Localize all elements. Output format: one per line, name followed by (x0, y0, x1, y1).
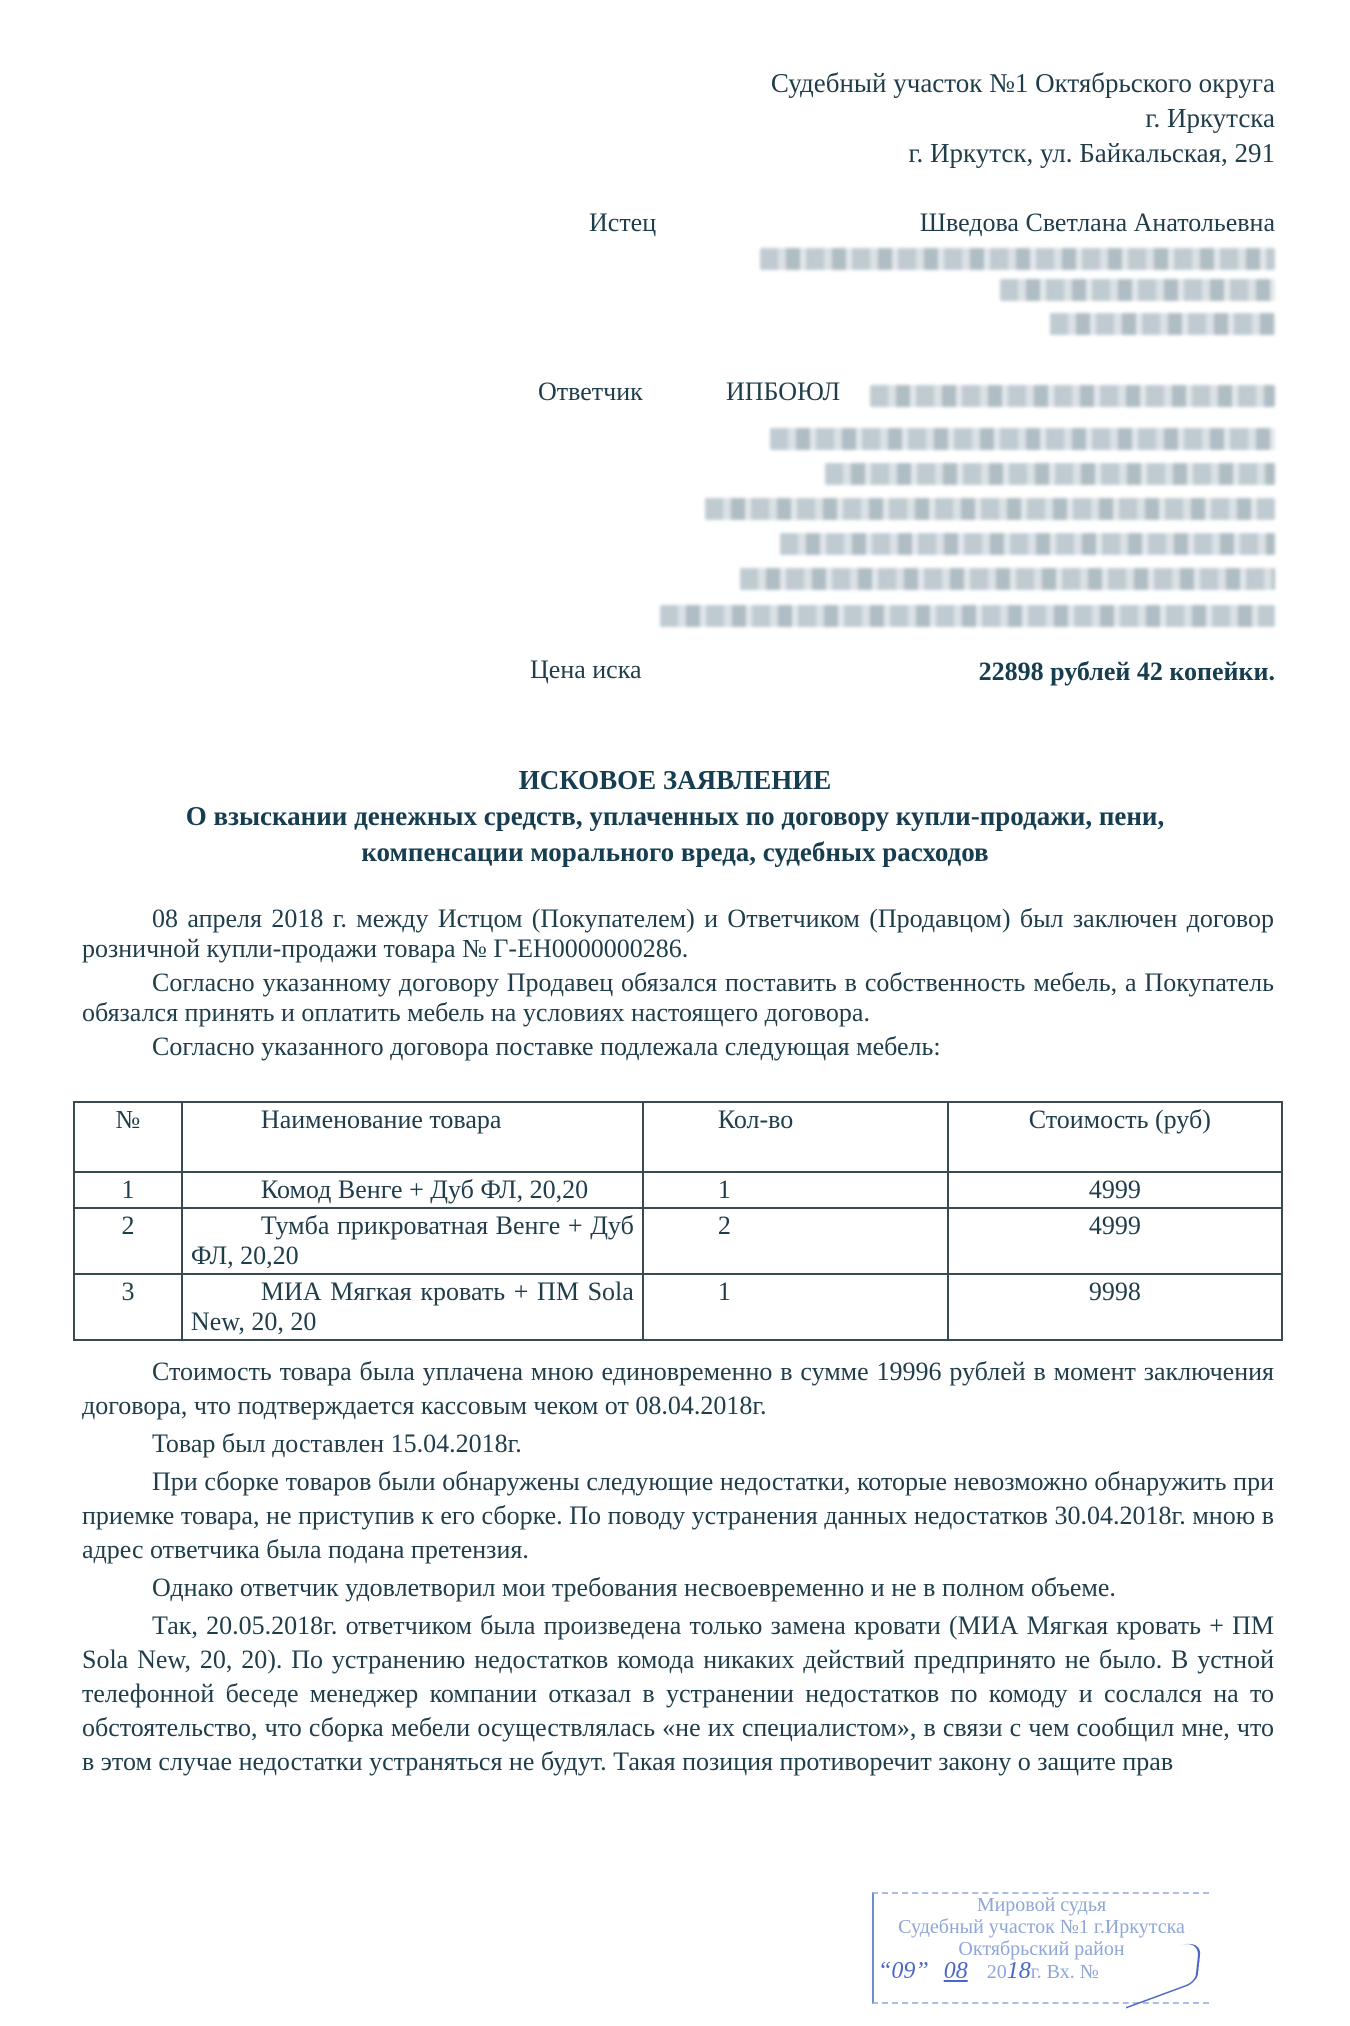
row-name: Комод Венге + Дуб ФЛ, 20,20 (182, 1172, 643, 1208)
table-header-row: № Наименование товара Кол-во Стоимость (… (74, 1102, 1282, 1172)
row-name: Тумба прикроватная Венге + Дуб ФЛ, 20,20 (182, 1208, 643, 1274)
stamp-day: “09” (878, 1958, 929, 1984)
redacted-defendant-line-3 (825, 463, 1275, 485)
redacted-defendant-line-5 (780, 533, 1275, 555)
goods-table: № Наименование товара Кол-во Стоимость (… (73, 1101, 1283, 1341)
redacted-plaintiff-phone (1050, 313, 1275, 335)
stamp-month: 08 (944, 1958, 968, 1984)
claim-price-label: Цена иска (530, 655, 642, 685)
claim-price-value: 22898 рублей 42 копейки. (979, 657, 1275, 687)
paragraph-obligations: Согласно указанному договору Продавец об… (82, 968, 1274, 1028)
stamp-year-hand: 18 (1007, 1958, 1031, 1984)
row-qty: 2 (643, 1208, 948, 1274)
row-num: 2 (74, 1208, 182, 1274)
header-cost: Стоимость (руб) (948, 1102, 1282, 1172)
row-cost: 4999 (948, 1208, 1282, 1274)
redacted-defendant-line-2 (770, 428, 1275, 450)
redacted-defendant-line-4 (705, 498, 1275, 520)
paragraph-furniture-list-intro: Согласно указанного договора поставке по… (82, 1032, 1274, 1062)
table-row: 3 МИА Мягкая кровать + ПМ Sola New, 20, … (74, 1274, 1282, 1340)
court-line-2: г. Иркутска (771, 101, 1275, 136)
row-name: МИА Мягкая кровать + ПМ Sola New, 20, 20 (182, 1274, 643, 1340)
row-num: 3 (74, 1274, 182, 1340)
redacted-defendant-name (870, 385, 1275, 407)
table-row: 1 Комод Венге + Дуб ФЛ, 20,20 1 4999 (74, 1172, 1282, 1208)
paragraph-payment: Стоимость товара была уплачена мною един… (82, 1355, 1274, 1423)
row-cost: 9998 (948, 1274, 1282, 1340)
court-line-3: г. Иркутск, ул. Байкальская, 291 (771, 136, 1275, 171)
row-qty: 1 (643, 1274, 948, 1340)
row-num: 1 (74, 1172, 182, 1208)
row-cost: 4999 (948, 1172, 1282, 1208)
plaintiff-label: Истец (589, 208, 656, 238)
stamp-year-prefix: 20 (987, 1961, 1007, 1983)
paragraph-defects: При сборке товаров были обнаружены следу… (82, 1465, 1274, 1567)
header-name: Наименование товара (182, 1102, 643, 1172)
redacted-plaintiff-contact (1000, 279, 1275, 301)
document-subtitle-line-1: О взыскании денежных средств, уплаченных… (75, 798, 1275, 834)
defendant-label: Ответчик (538, 377, 643, 407)
court-receipt-stamp: Мировой судья Судебный участок №1 г.Ирку… (872, 1892, 1209, 2004)
stamp-incoming-label: г. Вх. № (1031, 1961, 1099, 1983)
redacted-defendant-line-7 (660, 605, 1275, 627)
document-subtitle-line-2: компенсации морального вреда, судебных р… (75, 834, 1275, 870)
defendant-prefix: ИПБОЮЛ (726, 377, 840, 407)
document-page: Судебный участок №1 Октябрьского округа … (0, 0, 1350, 2026)
body-paragraphs: Стоимость товара была уплачена мною един… (82, 1355, 1274, 1783)
paragraph-details: Так, 20.05.2018г. ответчиком была произв… (82, 1609, 1274, 1779)
redacted-plaintiff-address (760, 248, 1275, 270)
header-qty: Кол-во (643, 1102, 948, 1172)
table-row: 2 Тумба прикроватная Венге + Дуб ФЛ, 20,… (74, 1208, 1282, 1274)
document-title: ИСКОВОЕ ЗАЯВЛЕНИЕ (75, 762, 1275, 798)
court-address: Судебный участок №1 Октябрьского округа … (771, 66, 1275, 171)
stamp-line-1: Мировой судья (874, 1894, 1209, 1916)
paragraph-delivery: Товар был доставлен 15.04.2018г. (82, 1427, 1274, 1461)
paragraph-contract: 08 апреля 2018 г. между Истцом (Покупате… (82, 904, 1274, 964)
stamp-line-2: Судебный участок №1 г.Иркутска (874, 1916, 1209, 1938)
document-title-block: ИСКОВОЕ ЗАЯВЛЕНИЕ О взыскании денежных с… (75, 762, 1275, 870)
intro-paragraphs: 08 апреля 2018 г. между Истцом (Покупате… (82, 904, 1274, 1062)
paragraph-response: Однако ответчик удовлетворил мои требова… (82, 1571, 1274, 1605)
redacted-defendant-line-6 (740, 568, 1275, 590)
court-line-1: Судебный участок №1 Октябрьского округа (771, 66, 1275, 101)
header-num: № (74, 1102, 182, 1172)
plaintiff-name: Шведова Светлана Анатольевна (920, 208, 1275, 238)
row-qty: 1 (643, 1172, 948, 1208)
